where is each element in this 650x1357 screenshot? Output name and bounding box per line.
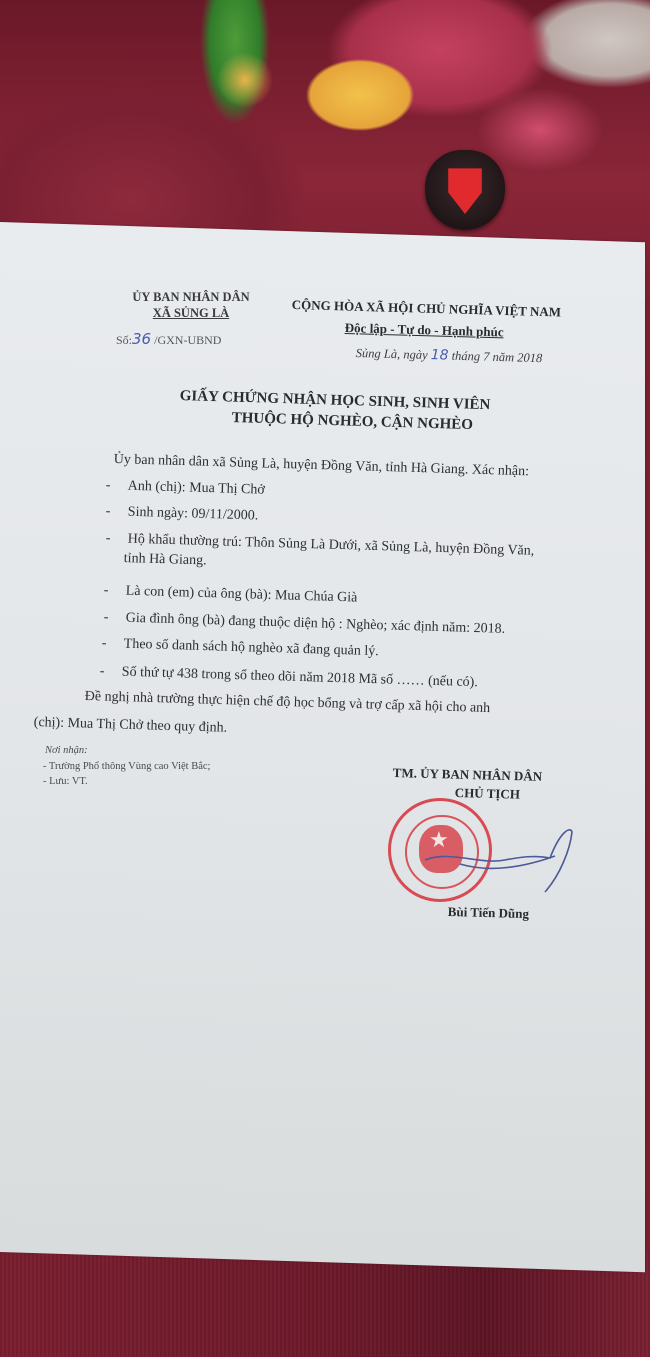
document-number: Số:36 /GXN-UBND: [116, 330, 221, 348]
certificate-document: ỦY BAN NHÂN DÂN XÃ SỦNG LÀ Số:36 /GXN-UB…: [0, 0, 650, 1357]
bullet: -: [104, 610, 126, 627]
issuer-line2: XÃ SỦNG LÀ: [116, 305, 266, 321]
document-title-line2: THUỘC HỘ NGHÈO, CẬN NGHÈO: [231, 410, 473, 434]
bullet: -: [104, 583, 126, 600]
recipient-item: - Trường Phổ thông Vùng cao Việt Bắc;: [43, 761, 210, 772]
list-item: -Là con (em) của ông (bà): Mua Chúa Già: [104, 583, 358, 607]
bullet: -: [106, 478, 128, 495]
day-handwritten: 18: [431, 347, 449, 363]
handwritten-signature-icon: [420, 820, 580, 900]
item-text: Sinh ngày: 09/11/2000.: [128, 505, 259, 524]
recipient-item: - Lưu: VT.: [43, 776, 88, 787]
number-suffix: /GXN-UBND: [154, 333, 221, 347]
bullet: -: [100, 664, 122, 681]
place-date-suffix: tháng 7 năm 2018: [451, 349, 542, 366]
bullet: -: [102, 636, 124, 653]
number-handwritten: 36: [132, 330, 151, 348]
document-title-line1: GIẤY CHỨNG NHẬN HỌC SINH, SINH VIÊN: [179, 388, 490, 414]
national-title: CỘNG HÒA XÃ HỘI CHỦ NGHĨA VIỆT NAM: [292, 297, 562, 321]
bullet: -: [106, 504, 128, 521]
place-date: Sủng Là, ngày 18 tháng 7 năm 2018: [356, 345, 543, 366]
bullet: -: [106, 531, 128, 548]
item-text: Theo số danh sách hộ nghèo xã đang quản …: [124, 637, 379, 660]
signer-name: Bùi Tiến Dũng: [448, 904, 530, 922]
item-text: Là con (em) của ông (bà): Mua Chúa Già: [126, 584, 358, 606]
list-item-continuation: tỉnh Hà Giang.: [124, 551, 207, 569]
request-line2: (chị): Mua Thị Chở theo quy định.: [34, 715, 228, 737]
issuer-line1: ỦY BAN NHÂN DÂN: [116, 289, 266, 305]
list-item: -Số thứ tự 438 trong sổ theo dõi năm 201…: [100, 664, 479, 691]
list-item: -Sinh ngày: 09/11/2000.: [106, 504, 259, 525]
request-line1: Đề nghị nhà trường thực hiện chế độ học …: [85, 689, 491, 717]
issuer-header: ỦY BAN NHÂN DÂN XÃ SỦNG LÀ: [116, 289, 266, 321]
signature-on-behalf: TM. ỦY BAN NHÂN DÂN: [393, 765, 543, 785]
place-date-prefix: Sủng Là, ngày: [356, 346, 428, 362]
list-item: -Anh (chị): Mua Thị Chở: [106, 478, 265, 499]
list-item: -Theo số danh sách hộ nghèo xã đang quản…: [102, 636, 379, 660]
list-item: -Gia đình ông (bà) đang thuộc diện hộ : …: [104, 610, 506, 638]
signature-position: CHỦ TỊCH: [455, 785, 521, 803]
national-motto: Độc lập - Tự do - Hạnh phúc: [345, 320, 504, 340]
recipients-label: Nơi nhận:: [45, 745, 88, 756]
intro-text: Ủy ban nhân dân xã Sủng Là, huyện Đồng V…: [114, 452, 530, 480]
number-prefix: Số:: [116, 333, 132, 347]
item-text: Gia đình ông (bà) đang thuộc diện hộ : N…: [126, 611, 506, 637]
item-text: Số thứ tự 438 trong sổ theo dõi năm 2018…: [122, 665, 478, 691]
item-text: Anh (chị): Mua Thị Chở: [128, 479, 265, 498]
